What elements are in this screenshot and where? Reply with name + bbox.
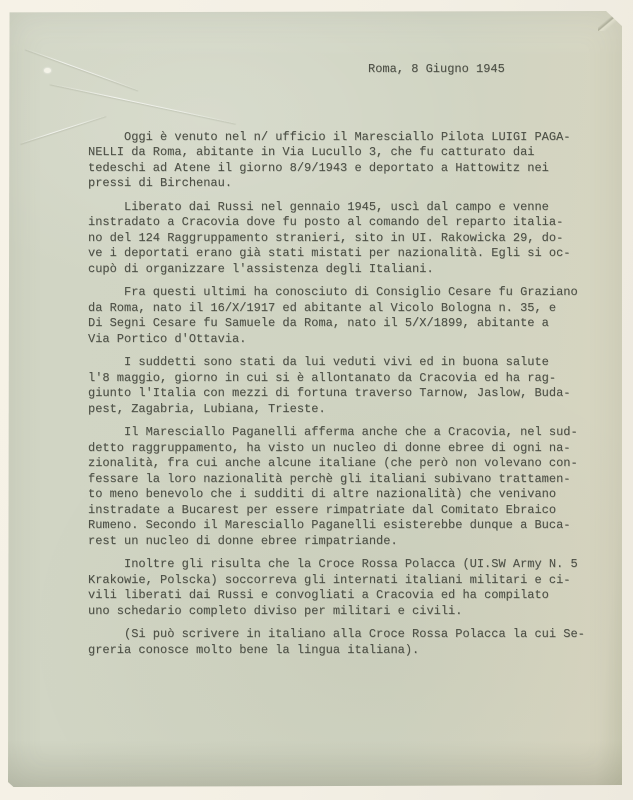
document-page: Roma, 8 Giugno 1945 Oggi è venuto nel n/… [8, 11, 622, 787]
paragraph-liberation: Liberato dai Russi nel gennaio 1945, usc… [88, 200, 590, 278]
typewritten-text: Roma, 8 Giugno 1945 Oggi è venuto nel n/… [88, 62, 590, 666]
paragraph-visit-intro: Oggi è venuto nel n/ ufficio il Marescia… [88, 130, 590, 192]
paragraph-jewish-women: Il Maresciallo Paganelli afferma anche c… [88, 425, 590, 549]
paragraph-last-seen: I suddetti sono stati da lui veduti vivi… [88, 355, 590, 417]
paragraph-closing-note: (Si può scrivere in italiano alla Croce … [88, 627, 590, 658]
dateline: Roma, 8 Giugno 1945 [368, 62, 590, 78]
paper-blemish [44, 68, 51, 73]
paragraph-polish-red-cross: Inoltre gli risulta che la Croce Rossa P… [88, 557, 590, 619]
scan-background: Roma, 8 Giugno 1945 Oggi è venuto nel n/… [0, 0, 633, 800]
paragraph-acquaintances: Fra questi ultimi ha conosciuto di Consi… [88, 285, 590, 347]
folded-corner [598, 11, 622, 31]
